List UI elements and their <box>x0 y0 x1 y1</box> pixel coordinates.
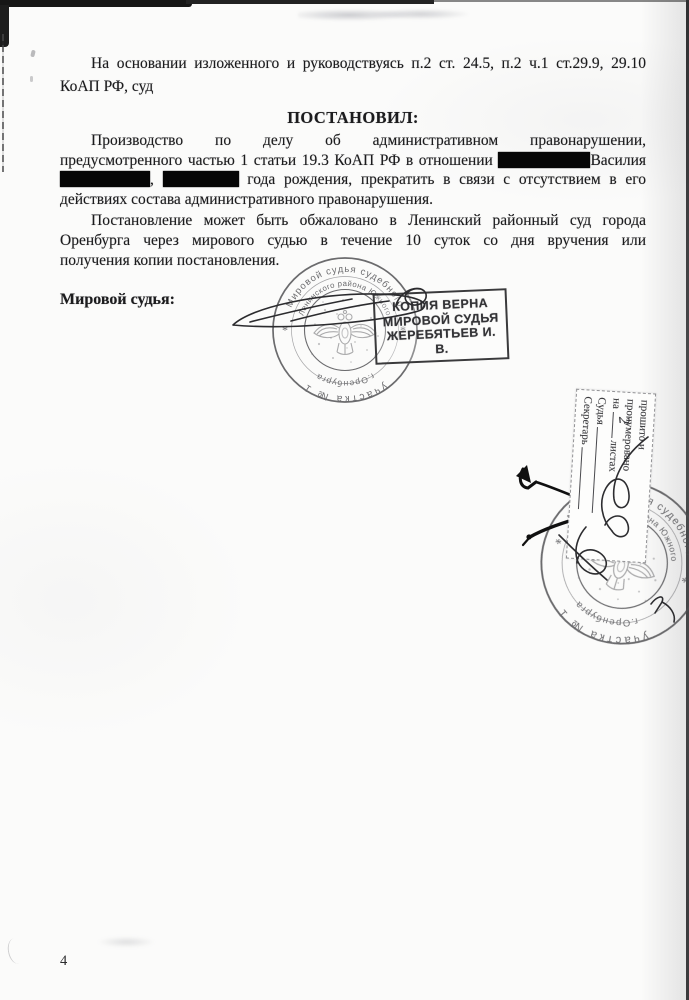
binding-secretary-label: Секретарь <box>579 396 594 445</box>
text-line: Постановление может быть обжаловано в Ле… <box>60 211 646 231</box>
copy-stamp-line3: ЖЕРЕБЯТЬЕВ И. В. <box>378 324 505 358</box>
redaction-box <box>163 171 239 187</box>
scan-edge-top-faint <box>430 0 689 2</box>
scan-edge-top-thick <box>0 0 192 7</box>
copy-certification-stamp: КОПИЯ ВЕРНА МИРОВОЙ СУДЬЯ ЖЕРЕБЯТЬЕВ И. … <box>373 288 510 365</box>
redaction-box <box>60 171 150 187</box>
binding-judge-label: Судья <box>595 397 609 425</box>
scan-speck <box>30 50 36 58</box>
binding-line3-pre: на <box>610 398 623 409</box>
text-line: На основании изложенного и руководствуяс… <box>60 52 646 75</box>
redaction-box <box>498 152 590 168</box>
faint-pencil-smudge <box>298 6 468 24</box>
scan-bottom-smudge <box>92 934 178 950</box>
scan-left-line-artifact <box>2 34 4 172</box>
intro-paragraph: На основании изложенного и руководствуяс… <box>60 52 646 98</box>
resolution-heading: ПОСТАНОВИЛ: <box>60 108 646 128</box>
scan-bottom-arc-artifact <box>5 937 27 966</box>
scan-edge-top-thin <box>186 0 434 4</box>
text-line: предусмотренного частью 1 статьи 19.3 Ко… <box>60 151 646 171</box>
text-line: Оренбурга через мирового судью в течение… <box>60 231 646 251</box>
text-line: КоАП РФ, суд <box>60 75 646 98</box>
scanned-document-page: На основании изложенного и руководствуяс… <box>0 0 689 1000</box>
page-number: 4 <box>60 953 67 970</box>
appeal-paragraph: Постановление может быть обжаловано в Ле… <box>60 211 646 271</box>
text-line: действиях состава административного прав… <box>60 190 646 210</box>
binding-label-text: прошито и пронумеровано на листах Судья … <box>567 390 655 562</box>
resolution-paragraph: Производство по делу об административном… <box>60 131 646 209</box>
text-line: Производство по делу об административном… <box>60 131 646 151</box>
binding-line3-post: листах <box>606 440 620 472</box>
handwritten-sheet-count: 2 <box>616 416 630 425</box>
document-body: На основании изложенного и руководствуяс… <box>60 52 646 271</box>
text-line: получения копии постановления. <box>60 251 646 271</box>
judge-signature-label: Мировой судья: <box>60 291 175 309</box>
text-line: , года рождения, прекратить в связи с от… <box>60 170 646 190</box>
binding-paper-label: прошито и пронумеровано на листах Судья … <box>566 389 656 564</box>
scan-speck <box>30 76 33 82</box>
